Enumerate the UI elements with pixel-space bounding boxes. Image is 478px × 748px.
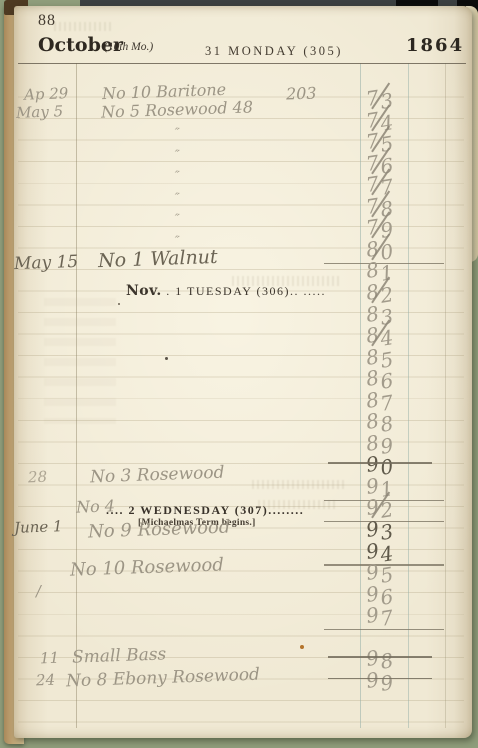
ledger-number-row: 77 [354, 171, 406, 195]
ledger-number-row: 93 [354, 516, 406, 540]
year-label: 1864 [406, 35, 464, 56]
ledger-number-row: 82 [354, 279, 406, 303]
month-note: (10th Mo.) [104, 41, 153, 53]
ledger-number-row: 86 [354, 365, 406, 389]
entry-date: May 15 [14, 252, 79, 274]
bleed-through-smudge [54, 22, 112, 31]
entry-date: May 5 [16, 102, 64, 122]
cancel-line [328, 656, 432, 657]
entry-text: No 4 [76, 496, 116, 516]
printed-tuesday-line: Nov. . 1 TUESDAY (306).. ..... [126, 283, 326, 299]
entry-date: 11 [40, 649, 60, 668]
entry-date: Ap 29 [24, 84, 69, 104]
ditto-mark: ″ [173, 147, 191, 165]
entry-date: 28 [28, 468, 48, 487]
diary-page: 88 October (10th Mo.) 31 MONDAY (305) 18… [14, 6, 472, 738]
margin-tick: ∕ [36, 582, 42, 600]
entry-text: No 1 Walnut [98, 246, 218, 272]
entry-text: No 10 Rosewood [70, 554, 224, 580]
paper-speck [118, 303, 120, 305]
diary-scan: 88 October (10th Mo.) 31 MONDAY (305) 18… [0, 0, 478, 748]
ledger-number-row: 95 [354, 559, 406, 583]
ledger-number-row: 84 [354, 322, 406, 346]
folio-number: 88 [38, 12, 56, 30]
margin-rule [76, 63, 77, 728]
ledger-number-row: 97 [354, 602, 406, 626]
ledger-number-row: 99 [354, 667, 406, 691]
entry-ref: 203 [286, 83, 317, 103]
bleed-through-smudge [44, 298, 116, 424]
ledger-number-row: 88 [354, 408, 406, 432]
ledger-number: 97 [365, 600, 396, 628]
cancel-line [328, 678, 432, 679]
entry-text: No 9 Rosewood [88, 517, 231, 543]
cancel-line [328, 462, 432, 463]
ledger-number-row: 75 [354, 128, 406, 152]
entry-text: Small Bass [72, 644, 167, 667]
ditto-mark: ″ [173, 212, 191, 230]
entry-date: June 1 [14, 517, 63, 537]
entry-text: No 3 Rosewood [90, 463, 225, 488]
header-rule [18, 63, 466, 64]
ditto-mark: ″ [173, 190, 191, 208]
entry-text: No 5 Rosewood 48 [101, 97, 254, 121]
printed-wednesday-line: .... 2 WEDNESDAY (307)........ [106, 503, 304, 518]
paper-speck [165, 357, 168, 360]
rule-line [324, 629, 444, 630]
bleed-through-smudge [252, 480, 344, 489]
entry-text: No 8 Ebony Rosewood [66, 665, 261, 692]
day-heading: 31 MONDAY (305) [205, 44, 343, 59]
ditto-mark: ″ [173, 169, 191, 187]
ditto-mark: ″ [173, 126, 191, 144]
edge-rule [445, 63, 446, 728]
ledger-number-row: 73 [354, 85, 406, 109]
printed-tuesday-rest: . 1 TUESDAY (306).. ..... [166, 284, 326, 298]
entry-date: 24 [36, 671, 56, 690]
printed-month-abbrev: Nov. [126, 283, 162, 299]
ditto-mark: ″ [173, 233, 191, 251]
paper-speck [300, 645, 304, 649]
